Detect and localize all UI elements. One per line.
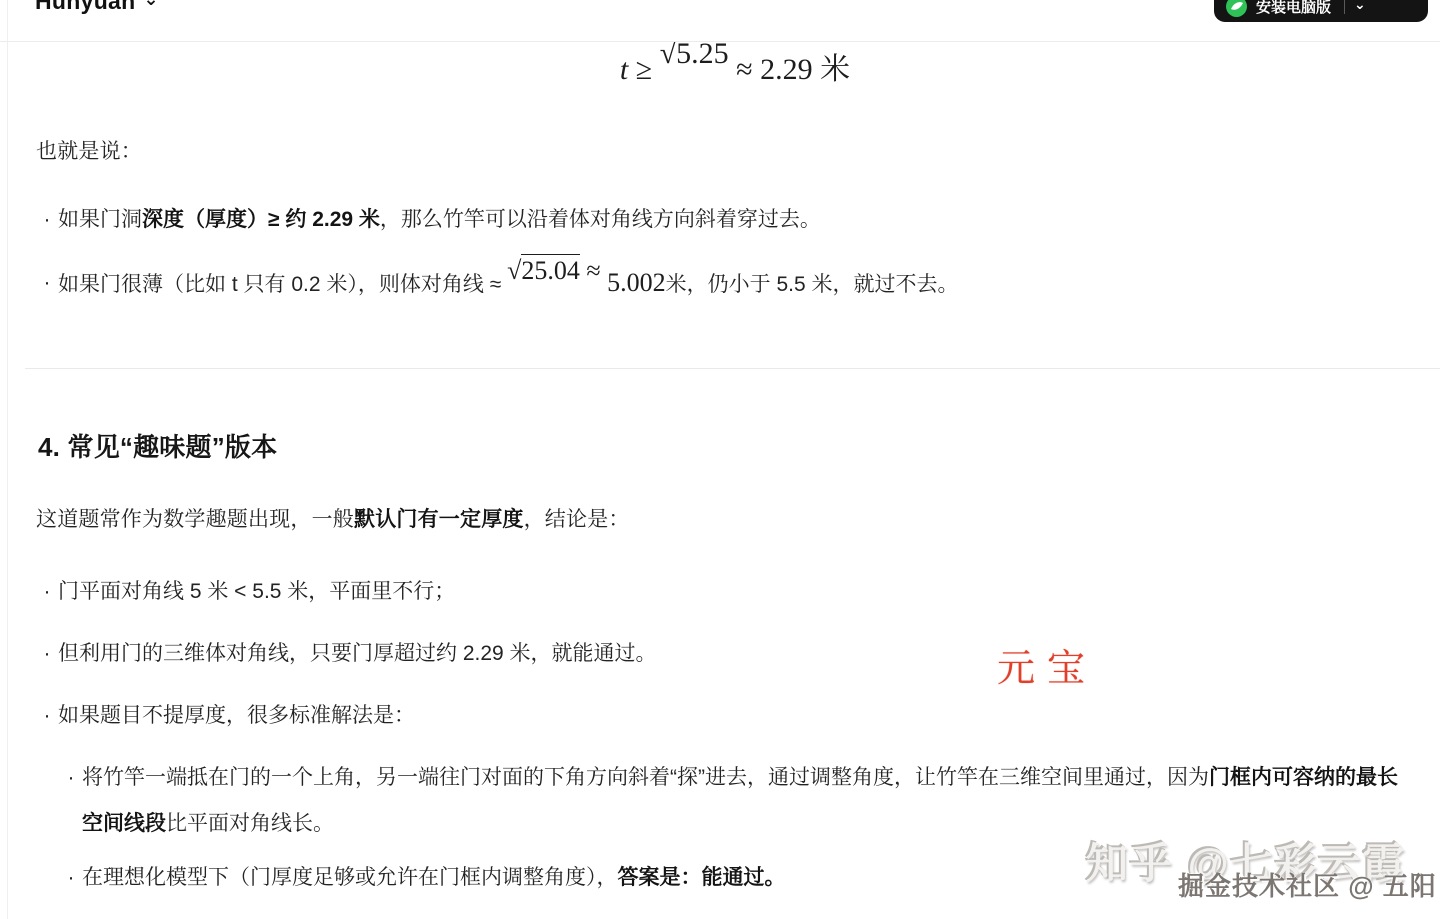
header-bar: Hunyuan ⌄ 安装电脑版 ⌄: [0, 0, 1440, 42]
bullet-dot: ·: [36, 203, 58, 237]
inline-sqrt-value: 5.002: [607, 268, 666, 297]
bullet-dot: ·: [36, 699, 58, 733]
juejin-watermark: 掘金技术社区 @ 五阳: [1178, 866, 1437, 903]
section-divider: [25, 368, 1440, 369]
formula-geq: ≥: [636, 53, 652, 86]
left-border-line: [7, 0, 8, 919]
bullet-dot: ·: [36, 575, 58, 609]
yuanbao-watermark: 元宝: [997, 637, 1097, 692]
bullet-dot: ·: [60, 755, 82, 801]
install-desktop-button[interactable]: 安装电脑版 ⌄: [1214, 0, 1428, 22]
bullet-dot: ·: [60, 861, 82, 895]
button-divider: [1344, 0, 1345, 14]
display-formula: t ≥ √5.25 ≈ 2.29 米: [0, 44, 1440, 88]
bullet-text: 如果门很薄（比如 t 只有 0.2 米），则体对角线 ≈ √25.04 ≈ 5.…: [58, 266, 959, 302]
chevron-down-icon: ⌄: [144, 0, 159, 10]
bullet-door-depth: · 如果门洞深度（厚度）≥ 约 2.29 米，那么竹竿可以沿着体对角线方向斜着穿…: [36, 203, 1416, 237]
section-paragraph: 这道题常作为数学趣题出现，一般默认门有一定厚度，结论是：: [36, 504, 1416, 536]
formula-result: 2.29 米: [760, 53, 850, 86]
list-item-plane-diagonal: · 门平面对角线 5 米 < 5.5 米，平面里不行；: [36, 575, 1416, 609]
formula-variable: t: [620, 53, 628, 86]
model-selector-dropdown[interactable]: Hunyuan ⌄: [35, 0, 159, 15]
bullet-dot: ·: [36, 637, 58, 671]
list-item-text: 如果题目不提厚度，很多标准解法是：: [58, 699, 415, 733]
app-logo-icon: [1226, 0, 1247, 17]
bullet-dot: ·: [36, 266, 58, 300]
formula-approx: ≈: [736, 53, 752, 86]
bullet-thin-door: · 如果门很薄（比如 t 只有 0.2 米），则体对角线 ≈ √25.04 ≈ …: [36, 266, 1416, 302]
sublist-item-text: 在理想化模型下（门厚度足够或允许在门框内调整角度），答案是：能通过。: [82, 861, 786, 895]
hunyuan-chat-page: Hunyuan ⌄ 安装电脑版 ⌄ t ≥ √5.25 ≈ 2.29 米 也就是…: [0, 0, 1440, 919]
install-button-label: 安装电脑版: [1256, 0, 1331, 17]
button-chevron-down-icon[interactable]: ⌄: [1354, 0, 1366, 13]
list-item-3d-diagonal: · 但利用门的三维体对角线，只要门厚超过约 2.29 米，就能通过。: [36, 637, 1416, 671]
bullet-text: 如果门洞深度（厚度）≥ 约 2.29 米，那么竹竿可以沿着体对角线方向斜着穿过去…: [58, 203, 821, 237]
intro-text: 也就是说：: [36, 136, 142, 168]
list-item-text: 门平面对角线 5 米 < 5.5 米，平面里不行；: [58, 575, 455, 609]
section-heading: 4. 常见“趣味题”版本: [38, 427, 277, 464]
inline-sqrt-formula: √25.04 ≈: [507, 256, 607, 285]
app-title: Hunyuan: [35, 0, 136, 15]
list-item-text: 但利用门的三维体对角线，只要门厚超过约 2.29 米，就能通过。: [58, 637, 657, 671]
list-item-no-thickness: · 如果题目不提厚度，很多标准解法是：: [36, 699, 1416, 733]
